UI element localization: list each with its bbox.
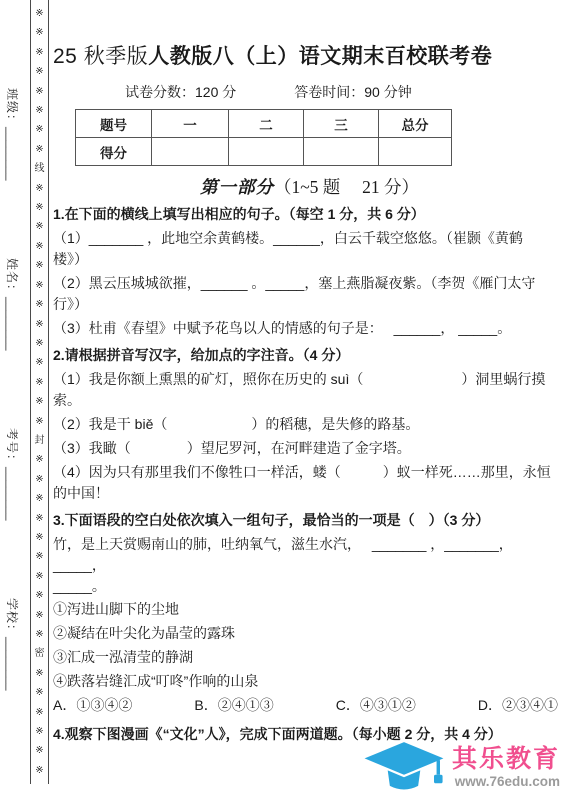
exam-number-blank: ________ (5, 467, 19, 520)
school-label: 学校： (5, 598, 19, 637)
section-title: 第一部分 (200, 177, 274, 197)
question-2-line: （1）我是你额上熏黑的矿灯，照你在历史的 suì（ ）洞里蜗行摸索。 (53, 369, 565, 411)
question-1-line: （2）黑云压城城欲摧，______ 。_____，塞上燕脂凝夜紫。（李贺《雁门太… (53, 273, 565, 294)
question-2-line: （4）因为只有那里我们不像牲口一样活，蝼（ ）蚁一样死……那里，永恒 (53, 462, 565, 483)
exam-number-label: 考号： (5, 428, 19, 467)
score-table-header-row: 题号 一 二 三 总分 (76, 110, 452, 138)
brand-url: www.76edu.com (452, 773, 560, 790)
brand-text: 其乐教育 www.76edu.com (452, 745, 560, 790)
score-table-header-cell: 一 (152, 110, 229, 138)
question-3-line: _____。 (53, 576, 565, 597)
answer-choice-d: D．②③④① (478, 693, 558, 718)
name-label: 姓名： (5, 258, 19, 297)
question-3-answer-choices: A．①③④② B．②④①③ C．④③①② D．②③④① (53, 693, 558, 718)
score-cell-empty (152, 138, 229, 166)
score-cell-empty (229, 138, 304, 166)
class-blank: ________ (5, 127, 19, 180)
school-blank: ________ (5, 637, 19, 690)
score-table-header-cell: 二 (229, 110, 304, 138)
exam-duration: 答卷时间：90 分钟 (294, 82, 411, 102)
exam-page: 25 秋季版人教版八（上）语文期末百校联考卷 试卷分数：120 分 答卷时间：9… (50, 0, 565, 745)
score-cell-empty (304, 138, 379, 166)
section-subtitle: （1~5 题 21 分） (274, 177, 419, 197)
school-field: 学校：________ (4, 598, 21, 690)
title-main: 人教版八（上）语文期末百校联考卷 (148, 45, 492, 68)
score-table-header-cell: 总分 (379, 110, 452, 138)
graduation-cap-icon (361, 737, 447, 797)
seal-marks-column: ※ ※ ※ ※ ※ ※ ※ ※ 线 ※ ※ ※ ※ ※ ※ ※ ※ ※ ※ ※ … (31, 4, 48, 780)
question-2-stem: 2.请根据拼音写汉字，给加点的字注音。（4 分） (53, 345, 565, 366)
answer-choice-b: B．②④①③ (194, 693, 273, 718)
question-1-line: 楼》） (53, 249, 565, 270)
exam-number-field: 考号：________ (4, 428, 21, 520)
class-field: 班级：________ (4, 88, 21, 180)
score-table-header-cell: 题号 (76, 110, 152, 138)
score-table: 题号 一 二 三 总分 得分 (75, 109, 452, 166)
name-field: 姓名：________ (4, 258, 21, 350)
question-3-option-1: ①泻进山脚下的尘地 (53, 597, 565, 621)
question-3-option-2: ②凝结在叶尖化为晶莹的露珠 (53, 621, 565, 645)
name-blank: ________ (5, 297, 19, 350)
brand-name: 其乐教育 (452, 745, 560, 773)
question-1-line: （1）_______ ，此地空余黄鹤楼。______，白云千载空悠悠。（崔颢《黄… (53, 228, 565, 249)
question-1: 1.在下面的横线上填写出相应的句子。（每空 1 分，共 6 分） （1）____… (53, 204, 565, 339)
question-2-line: 的中国！ (53, 483, 565, 504)
question-2-line: （2）我是干 biě（ ）的稻穗，是失修的路基。 (53, 414, 565, 435)
question-2-line: （3）我瞰（ ）望尼罗河，在河畔建造了金字塔。 (53, 438, 565, 459)
question-3-option-3: ③汇成一泓清莹的静湖 (53, 645, 565, 669)
question-1-line: 行》） (53, 294, 565, 315)
answer-choice-a: A．①③④② (53, 693, 132, 718)
score-row-label: 得分 (76, 138, 152, 166)
page-title: 25 秋季版人教版八（上）语文期末百校联考卷 (53, 44, 565, 70)
section-heading: 第一部分（1~5 题 21 分） (53, 176, 565, 198)
question-3-line: 竹，是上天赏赐南山的肺，吐纳氧气，滋生水汽， _______ ，_______，… (53, 534, 565, 576)
exam-meta: 试卷分数：120 分 答卷时间：90 分钟 (53, 82, 565, 102)
question-3: 3.下面语段的空白处依次填入一组句子，最恰当的一项是（ ）（3 分） 竹，是上天… (53, 510, 565, 718)
title-edition: 25 秋季版 (53, 45, 148, 68)
score-table-header-cell: 三 (304, 110, 379, 138)
question-1-line: （3）杜甫《春望》中赋予花鸟以人的情感的句子是： ______， _____。 (53, 318, 565, 339)
seal-line-right (48, 0, 49, 784)
score-cell-empty (379, 138, 452, 166)
brand-logo: 其乐教育 www.76edu.com (361, 737, 560, 797)
class-label: 班级： (5, 88, 19, 127)
question-1-stem: 1.在下面的横线上填写出相应的句子。（每空 1 分，共 6 分） (53, 204, 565, 225)
question-3-option-4: ④跌落岩缝汇成“叮咚”作响的山泉 (53, 669, 565, 693)
exam-total-score: 试卷分数：120 分 (125, 82, 236, 102)
score-table-score-row: 得分 (76, 138, 452, 166)
question-3-stem: 3.下面语段的空白处依次填入一组句子，最恰当的一项是（ ）（3 分） (53, 510, 565, 531)
question-2: 2.请根据拼音写汉字，给加点的字注音。（4 分） （1）我是你额上熏黑的矿灯，照… (53, 345, 565, 504)
answer-choice-c: C．④③①② (336, 693, 416, 718)
